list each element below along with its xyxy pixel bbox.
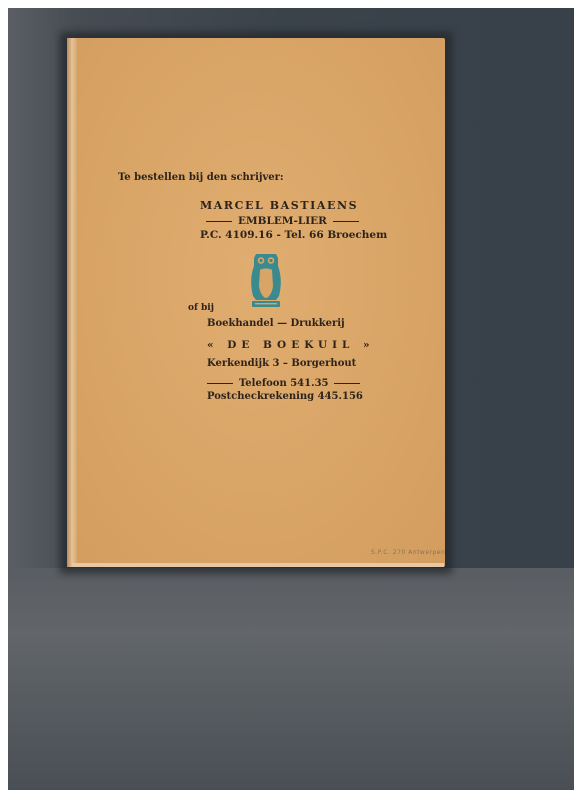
book-bottom-edge xyxy=(72,563,444,567)
shop-phone: Telefoon 541.35 xyxy=(239,378,328,389)
rule-right xyxy=(334,383,360,384)
author-name: MARCEL BASTIAENS xyxy=(200,199,358,212)
book-spine-edge xyxy=(67,38,77,567)
rule-left xyxy=(206,221,232,222)
owl-icon xyxy=(248,252,284,308)
printer-mark: S.P.C. 270 Antwerpen xyxy=(371,549,445,556)
shop-name: « DE BOEKUIL » xyxy=(207,339,375,351)
shop-phone-line: Telefoon 541.35 xyxy=(207,378,366,389)
author-place-line: EMBLEM-LIER xyxy=(200,215,365,227)
rule-left xyxy=(207,383,233,384)
shop-type: Boekhandel — Drukkerij xyxy=(207,318,345,329)
shop-address: Kerkendijk 3 – Borgerhout xyxy=(207,358,356,369)
alternative-text: of bij xyxy=(188,303,214,313)
rule-right xyxy=(333,221,359,222)
author-place: EMBLEM-LIER xyxy=(238,215,327,227)
order-intro-text: Te bestellen bij den schrijver: xyxy=(118,172,284,183)
author-contact: P.C. 4109.16 - Tel. 66 Broechem xyxy=(200,229,387,241)
shop-account: Postcheckrekening 445.156 xyxy=(207,391,363,402)
